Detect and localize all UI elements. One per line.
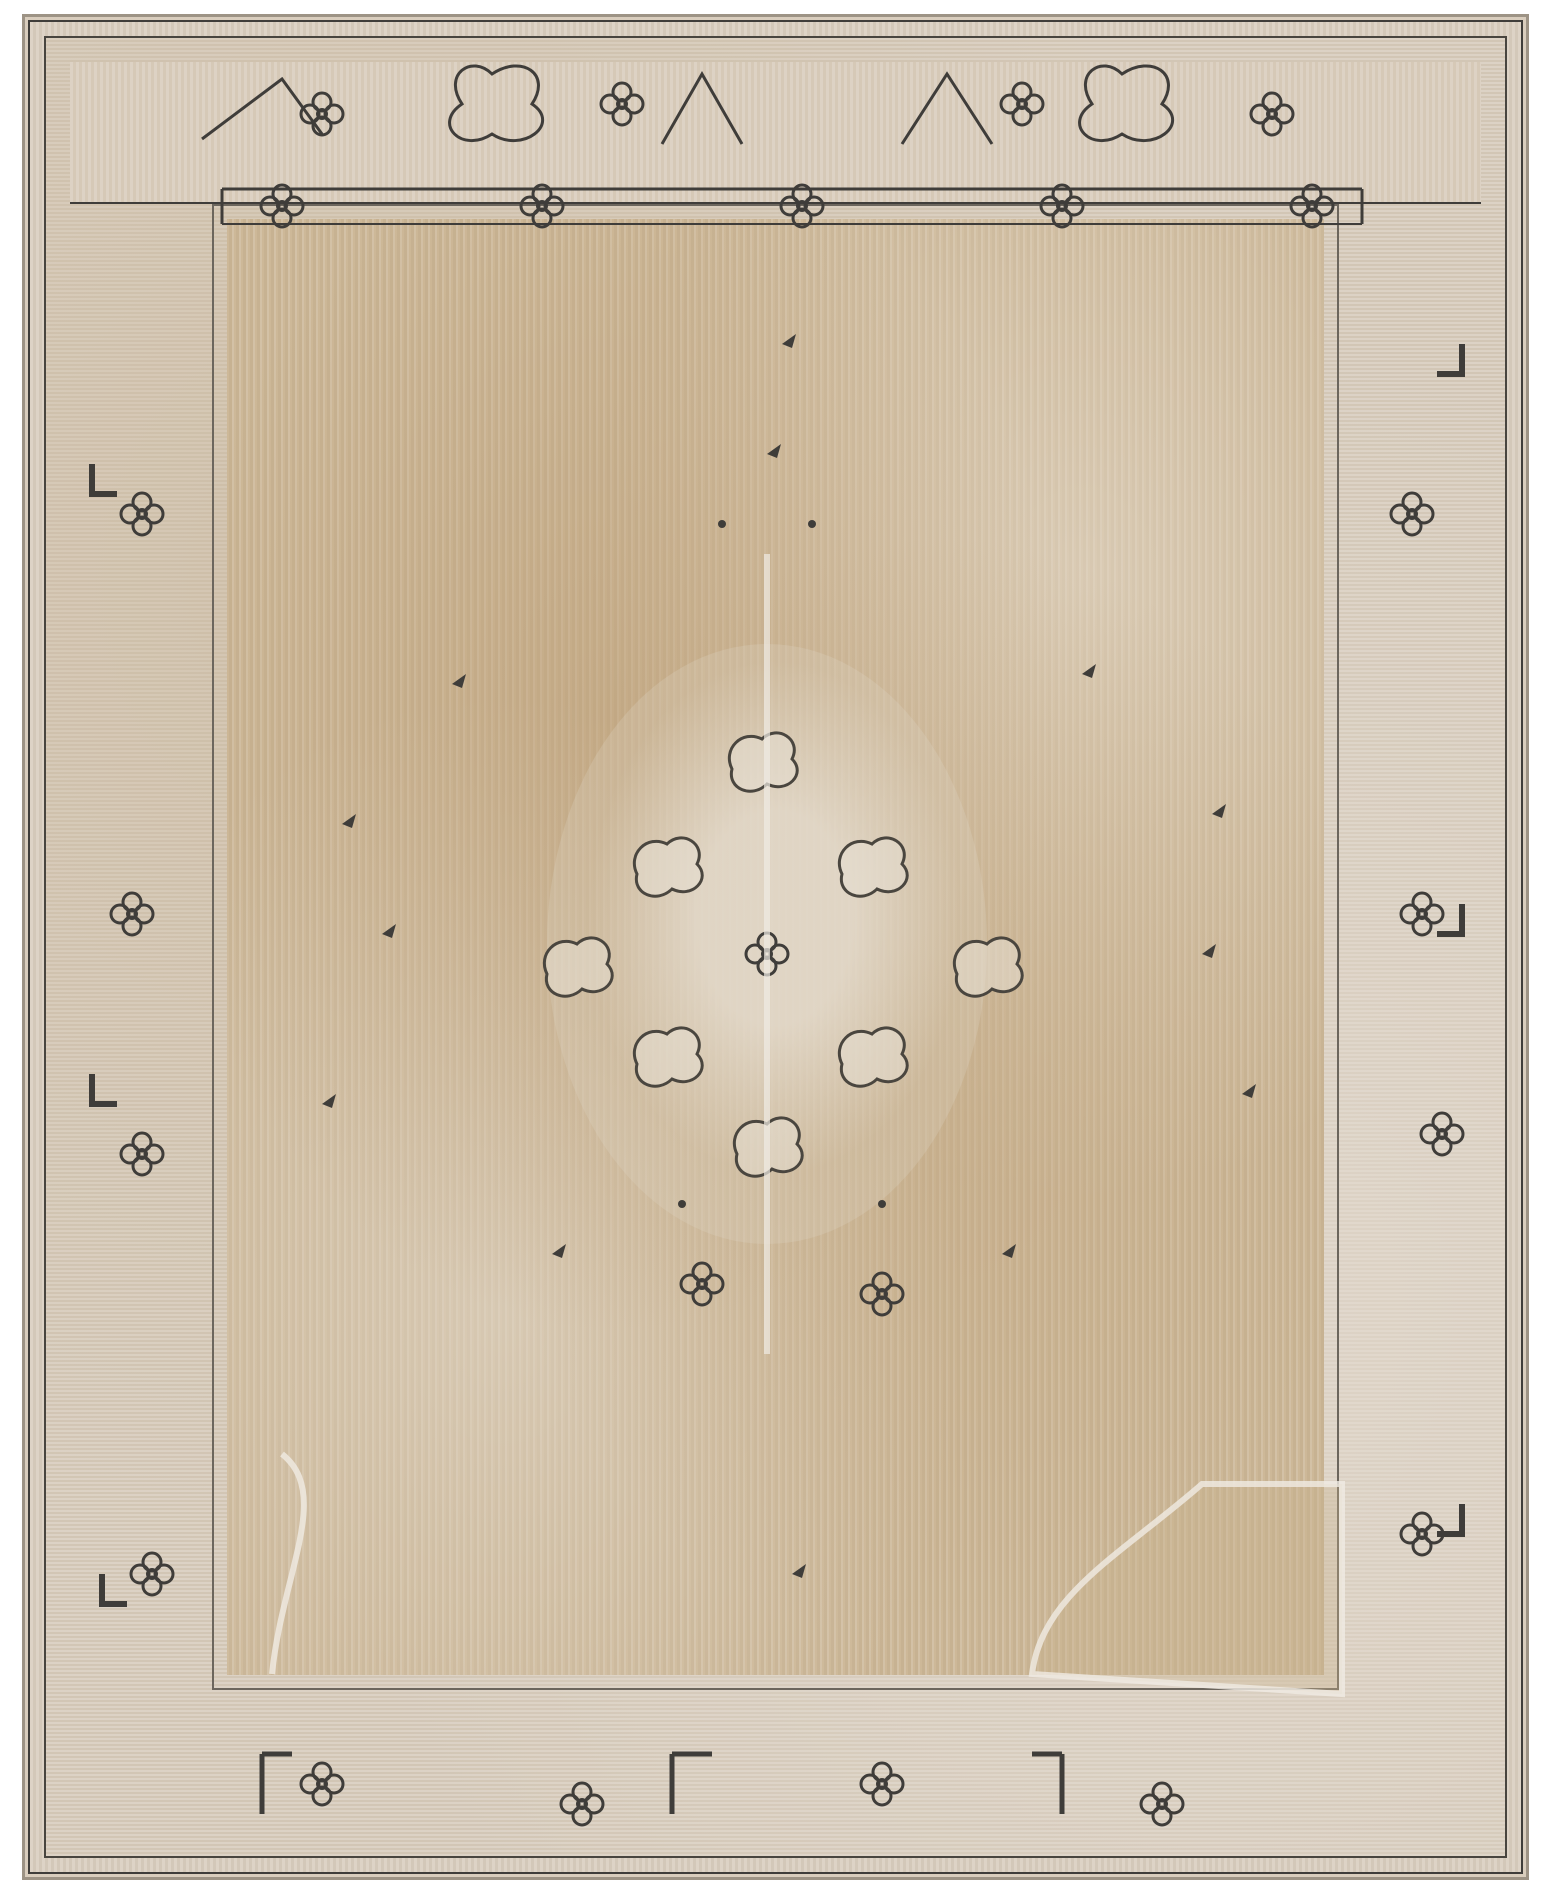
corner-spandrels: [272, 1454, 1342, 1694]
rug: [22, 14, 1529, 1880]
central-medallion: [544, 554, 1022, 1354]
image-subject: Vintage distressed Persian rug, top-down…: [0, 0, 1, 1]
bottom-border-motifs: [262, 1754, 1183, 1825]
top-border-motifs: [202, 66, 1362, 227]
rug-motifs: [22, 14, 1529, 1880]
